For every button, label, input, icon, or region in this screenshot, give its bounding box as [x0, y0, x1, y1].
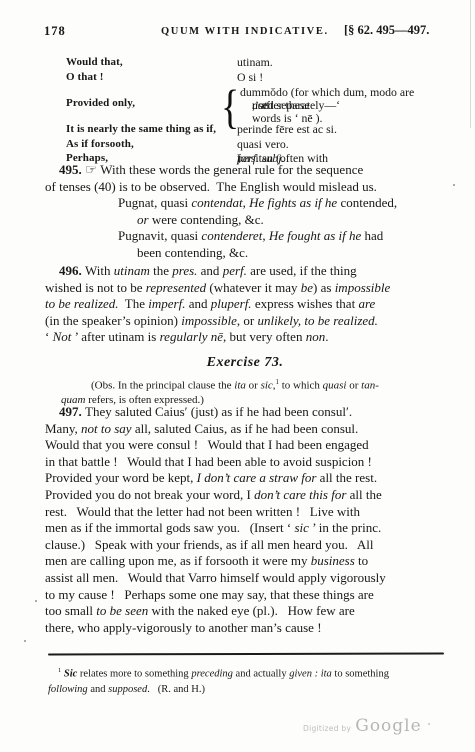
text-segment: utinam: [114, 263, 150, 278]
text-segment: relates more to something: [77, 669, 191, 680]
text-segment: regularly nē: [160, 329, 223, 344]
book-page: 178 QUUM WITH INDICATIVE. [§ 62. 495—497…: [0, 0, 475, 752]
text-segment: ita: [234, 380, 246, 392]
text-segment: sic: [261, 380, 273, 392]
text-segment: men as if the immortal gods saw you. (In…: [45, 520, 294, 535]
text-segment: ita: [321, 669, 332, 680]
text-line: to be realized. The imperf. and pluperf.…: [45, 296, 457, 313]
vocab-en: It is nearly the same thing as if,: [66, 123, 216, 135]
text-segment: ’ in the princ.: [309, 520, 381, 535]
text-segment: He fights as if he: [249, 195, 337, 210]
text-segment: With these words the general rule for th…: [97, 162, 363, 177]
pointing-hand-icon: ☞: [85, 162, 97, 178]
text-segment: and: [197, 263, 222, 278]
google-logo: Google: [355, 716, 421, 736]
text-line: Pugnavit, quasi contenderet, He fought a…: [118, 228, 457, 245]
text-segment: there, who apply-vigorously to another m…: [45, 620, 322, 635]
text-segment: all the: [346, 487, 381, 502]
text-line: Provided your word be kept, I don’t care…: [45, 470, 457, 487]
text-segment: or: [137, 212, 149, 227]
text-segment: Sic: [64, 669, 77, 680]
text-segment: quasi vero.: [237, 137, 289, 152]
text-line: Pugnat, quasi contendat, He fights as if…: [118, 195, 457, 212]
text-segment: Provided your word be kept,: [45, 470, 197, 485]
text-segment: and: [185, 296, 210, 311]
text-line: in that battle ! Would that I had been a…: [45, 454, 457, 471]
text-segment: 497.: [59, 404, 85, 419]
text-segment: I don’t care a straw for: [197, 470, 317, 485]
text-segment: given :: [289, 669, 318, 680]
text-segment: They saluted Caius′ (just) as if he had …: [85, 404, 352, 419]
text-line: following and supposed. (R. and H.): [48, 682, 446, 697]
text-segment: and: [88, 684, 108, 695]
text-line: Provided you do not break your word, I d…: [45, 487, 457, 504]
text-segment: He fought as if he: [269, 228, 361, 243]
text-segment: . (R. and H.): [147, 684, 205, 695]
text-segment: impossible: [181, 313, 237, 328]
text-segment: and actually: [233, 669, 289, 680]
text-segment: too small: [45, 603, 96, 618]
text-line: (in the speaker’s opinion) impossible, o…: [45, 313, 457, 330]
text-line: assist all men. Would that Varro himself…: [45, 570, 457, 587]
text-segment: were contending, &c.: [149, 212, 264, 227]
text-line: 495. ☞ With these words the general rule…: [45, 162, 457, 179]
text-line: or were contending, &c.: [137, 212, 457, 229]
text-segment: O si !: [237, 70, 263, 85]
observation-note: (Obs. In the principal clause the ita or…: [61, 376, 445, 408]
vocab-en: Would that,: [66, 56, 123, 68]
text-segment: to be seen: [96, 603, 148, 618]
footnote-rule: [48, 652, 444, 655]
text-segment: Not: [53, 329, 72, 344]
text-line: ‘ Not ’ after utinam is regularly nē, bu…: [45, 329, 457, 346]
text-segment: to which: [279, 380, 323, 392]
vocab-en: Provided only,: [66, 97, 135, 109]
text-line: 496. With utinam the pres. and perf. are…: [45, 263, 457, 280]
text-segment: in that battle ! Would that I had been a…: [45, 454, 372, 469]
text-segment: with the naked eye (pl.). How few are: [148, 603, 354, 618]
text-segment: represented: [146, 280, 206, 295]
text-segment: assist all men. Would that Varro himself…: [45, 570, 386, 585]
footnote: 1 Sic relates more to something precedin…: [48, 663, 446, 697]
digitized-watermark: Digitized by Google: [303, 716, 422, 736]
text-line: men as if the immortal gods saw you. (In…: [45, 520, 457, 537]
text-segment: had: [361, 228, 383, 243]
text-segment: impossible: [335, 280, 391, 295]
text-line: of tenses (40) is to be observed. The En…: [45, 179, 457, 196]
vocab-en: O that !: [66, 71, 103, 83]
text-segment: supposed: [108, 684, 147, 695]
text-segment: rest. Would that the letter had not been…: [45, 504, 360, 519]
text-segment: Pugnat, quasi: [118, 195, 191, 210]
scan-artifact: [470, 0, 471, 128]
text-segment: are used, if the thing: [247, 263, 357, 278]
text-segment: to be realized.: [45, 296, 119, 311]
text-segment: to my cause ! Perhaps some one may say, …: [45, 587, 374, 602]
text-segment: imperf.: [148, 296, 185, 311]
text-segment: pluperf.: [211, 296, 252, 311]
text-segment: of tenses (40) is to be observed. The En…: [45, 179, 377, 194]
text-segment: to something: [332, 669, 389, 680]
text-segment: preceding: [191, 669, 233, 680]
text-segment: The: [119, 296, 149, 311]
text-segment: (Obs. In the principal clause the: [91, 380, 234, 392]
text-segment: unlikely, to be realized.: [257, 313, 377, 328]
text-segment: all, saluted Caius, as if he had been co…: [132, 421, 359, 436]
paragraph-496: 496. With utinam the pres. and perf. are…: [45, 263, 457, 346]
vocab-en: As if forsooth,: [66, 138, 134, 150]
scan-artifact: [428, 723, 430, 725]
text-segment: utinam.: [237, 55, 273, 70]
text-segment: don’t care this for: [254, 487, 346, 502]
text-segment: or: [347, 380, 362, 392]
text-segment: all the rest.: [316, 470, 377, 485]
text-segment: are: [358, 296, 375, 311]
text-segment: ’ after utinam is: [71, 329, 159, 344]
text-segment: sic: [294, 520, 308, 535]
text-segment: Would that you were consul ! Would that …: [45, 437, 369, 452]
text-segment: , but very often: [223, 329, 306, 344]
running-title: QUUM WITH INDICATIVE.: [161, 26, 329, 37]
text-line: (Obs. In the principal clause the ita or…: [61, 376, 445, 393]
paragraph-495: 495. ☞ With these words the general rule…: [45, 162, 457, 262]
paragraph-497: 497. They saluted Caius′ (just) as if he…: [45, 404, 457, 636]
text-line: men are calling upon me, as if forsooth …: [45, 553, 457, 570]
text-line: too small to be seen with the naked eye …: [45, 603, 457, 620]
text-segment: 495.: [59, 162, 85, 177]
text-segment: Provided you do not break your word, I: [45, 487, 254, 502]
text-segment: to: [355, 553, 368, 568]
text-segment: quasi: [323, 380, 347, 392]
watermark-prefix: Digitized by: [303, 724, 351, 733]
text-segment: contenderet: [201, 228, 262, 243]
text-segment: perf.: [223, 263, 247, 278]
text-line: there, who apply-vigorously to another m…: [45, 620, 457, 637]
text-line: 497. They saluted Caius′ (just) as if he…: [45, 404, 457, 421]
text-segment: the: [150, 263, 172, 278]
scan-artifact: [35, 600, 37, 602]
exercise-heading: Exercise 73.: [45, 355, 445, 371]
text-segment: contendat: [191, 195, 242, 210]
text-segment: perinde fēre est ac si.: [237, 122, 337, 137]
text-segment: 496.: [59, 263, 85, 278]
page-number: 178: [44, 24, 66, 39]
text-segment: (whatever it may: [206, 280, 301, 295]
text-segment: (in the speaker’s opinion): [45, 313, 181, 328]
text-segment: Many,: [45, 421, 81, 436]
scan-artifact: [24, 640, 26, 642]
text-line: to my cause ! Perhaps some one may say, …: [45, 587, 457, 604]
text-line: Many, not to say all, saluted Caius, as …: [45, 421, 457, 438]
text-segment: ) as: [313, 280, 335, 295]
text-segment: be: [301, 280, 313, 295]
text-line: Would that you were consul ! Would that …: [45, 437, 457, 454]
text-segment: ‘: [45, 329, 53, 344]
text-segment: tan-: [361, 380, 379, 392]
text-segment: pres.: [172, 263, 197, 278]
text-segment: or: [246, 380, 261, 392]
text-segment: wished is not to be: [45, 280, 146, 295]
text-segment: contended,: [337, 195, 397, 210]
text-segment: clause.) Speak with your friends, as if …: [45, 537, 374, 552]
text-segment: men are calling upon me, as if forsooth …: [45, 553, 311, 568]
text-line: clause.) Speak with your friends, as if …: [45, 537, 457, 554]
text-segment: , or: [237, 313, 258, 328]
text-line: wished is not to be represented (whateve…: [45, 280, 457, 297]
text-segment: business: [311, 553, 355, 568]
text-line: been contending, &c.: [137, 245, 457, 262]
text-segment: Pugnavit, quasi: [118, 228, 201, 243]
scan-artifact: [453, 184, 455, 186]
text-segment: been contending, &c.: [137, 245, 248, 260]
text-segment: With: [85, 263, 114, 278]
text-line: 1 Sic relates more to something precedin…: [48, 663, 446, 682]
text-segment: non: [306, 329, 326, 344]
text-segment: .: [325, 329, 328, 344]
text-line: rest. Would that the letter had not been…: [45, 504, 457, 521]
text-segment: express wishes that: [252, 296, 359, 311]
text-segment: not to say: [81, 421, 132, 436]
section-reference: [§ 62. 495—497.: [344, 23, 429, 38]
text-segment: following: [48, 684, 88, 695]
